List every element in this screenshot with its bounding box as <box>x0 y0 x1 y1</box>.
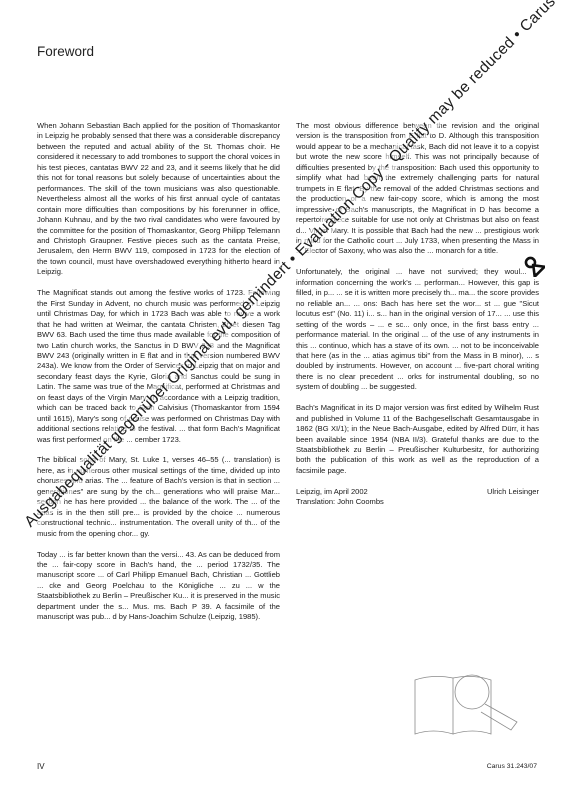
paragraph: Today ... is far better known than the v… <box>37 550 280 623</box>
left-column: When Johann Sebastian Bach applied for t… <box>37 121 280 633</box>
carus-logo-icon <box>523 255 545 277</box>
paragraph: When Johann Sebastian Bach applied for t… <box>37 121 280 278</box>
catalog-number: Carus 31.243/07 <box>487 763 537 770</box>
author-name: Ulrich Leisinger <box>487 487 539 497</box>
book-magnifier-icon <box>413 672 538 740</box>
paragraph: Unfortunately, the original ... have not… <box>296 267 539 392</box>
translator-credit: Translation: John Coombs <box>296 497 539 507</box>
right-column: The most obvious difference between the … <box>296 121 539 508</box>
paragraph: Bach's Magnificat in its D major version… <box>296 403 539 476</box>
signature-row: Leipzig, im April 2002 Ulrich Leisinger <box>296 487 539 497</box>
place-date: Leipzig, im April 2002 <box>296 487 368 497</box>
page-number: IV <box>37 762 45 771</box>
page-title: Foreword <box>37 44 94 59</box>
